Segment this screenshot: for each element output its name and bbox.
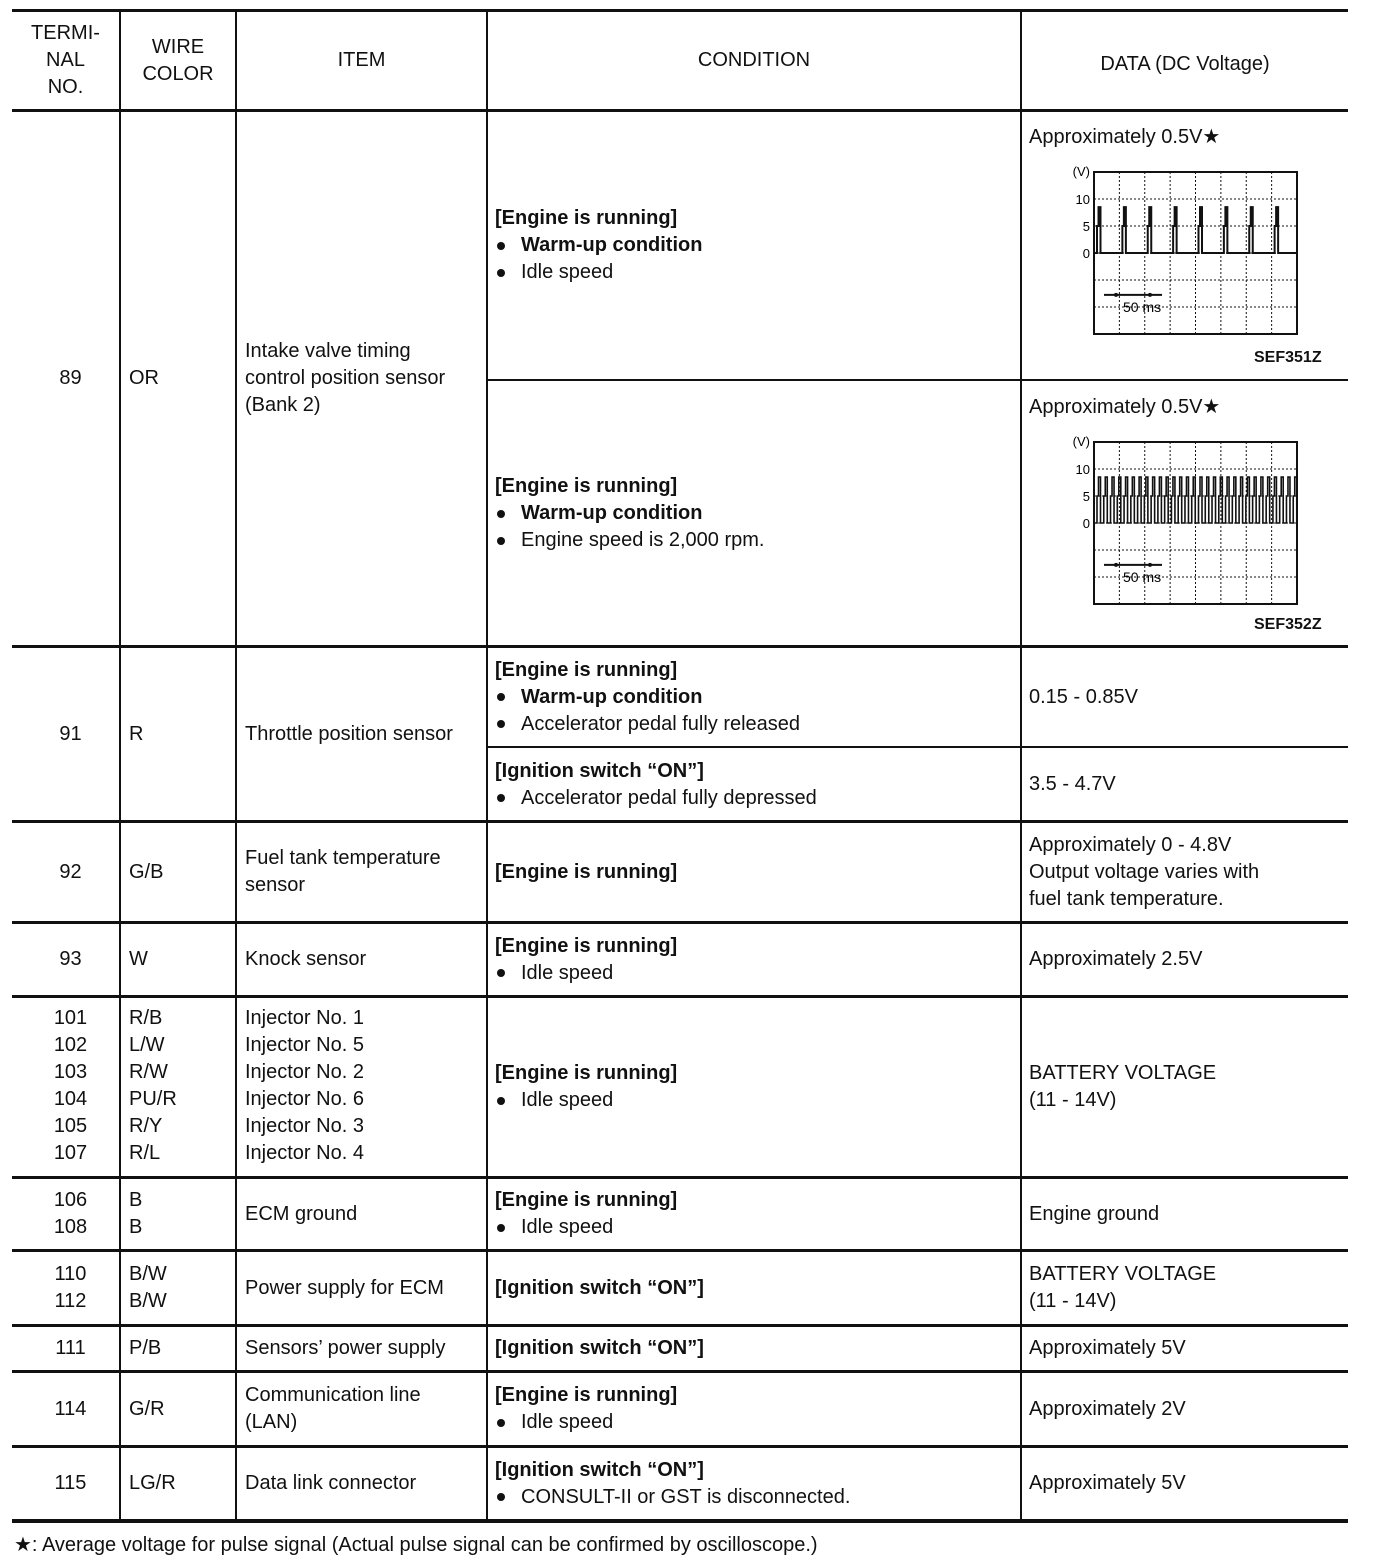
bullet-text: Idle speed: [521, 1214, 613, 1241]
data-value: 0.15 - 0.85V: [1029, 684, 1344, 711]
condition-title: [Ignition switch “ON”]: [495, 1335, 1015, 1362]
bullet-text: Idle speed: [521, 259, 613, 286]
data-89-idle: Approximately 0.5V★: [1029, 124, 1220, 149]
item-93: Knock sensor: [245, 924, 485, 995]
item-text: Throttle position sensor: [245, 721, 485, 748]
item-text: Intake valve timing: [245, 338, 485, 365]
svg-text:50 ms: 50 ms: [1123, 569, 1161, 585]
condition-91-depressed: [Ignition switch “ON”] Accelerator pedal…: [495, 749, 1015, 820]
data-89-2000rpm: Approximately 0.5V★: [1029, 394, 1220, 419]
condition-bullet: Idle speed: [495, 960, 1015, 987]
item-text: Injector No. 5: [245, 1032, 485, 1059]
row-91-sub-divider: [487, 746, 1348, 748]
bullet-text: Warm-up condition: [521, 232, 702, 259]
wire-114: G/R: [129, 1373, 229, 1445]
bullet-icon: [497, 269, 505, 277]
data-value: (11 - 14V): [1029, 1288, 1344, 1315]
wire-color: W: [129, 946, 229, 973]
header-wire-color: WIRE COLOR: [121, 12, 235, 109]
item-ecm-power: Power supply for ECM: [245, 1252, 485, 1324]
svg-text:(V): (V): [1073, 434, 1090, 449]
terminal-number: 108: [54, 1214, 87, 1241]
data-value: (11 - 14V): [1029, 1087, 1344, 1114]
condition-title: [Engine is running]: [495, 1382, 1015, 1409]
data-value: Approximately 5V: [1029, 1335, 1344, 1362]
wire-color: R/Y: [129, 1113, 229, 1140]
item-text: Sensors’ power supply: [245, 1335, 485, 1362]
condition-91-released: [Engine is running] Warm-up condition Ac…: [495, 648, 1015, 746]
data-value: Approximately 2V: [1029, 1396, 1344, 1423]
svg-text:5: 5: [1083, 489, 1090, 504]
item-ecm-ground: ECM ground: [245, 1179, 485, 1249]
item-text: Communication line: [245, 1382, 485, 1409]
terminals-injectors: 101 102 103 104 105 107: [12, 1005, 129, 1167]
terminals-ecm-power: 110 112: [12, 1252, 129, 1324]
footnote: ★: Average voltage for pulse signal (Act…: [14, 1532, 818, 1557]
data-value: Output voltage varies with: [1029, 859, 1344, 886]
terminal-number: 92: [59, 859, 81, 886]
terminal-number: 93: [59, 946, 81, 973]
wire-111: P/B: [129, 1327, 229, 1370]
item-text: sensor: [245, 872, 485, 899]
item-92: Fuel tank temperature sensor: [245, 823, 485, 921]
oscilloscope-waveform-sef351z: (V)105050 ms: [1060, 160, 1305, 340]
figure-id: SEF352Z: [1254, 616, 1322, 634]
data-value: Engine ground: [1029, 1201, 1344, 1228]
svg-text:50 ms: 50 ms: [1123, 299, 1161, 315]
header-text: CONDITION: [698, 47, 810, 74]
terminal-93: 93: [12, 924, 129, 995]
item-115: Data link connector: [245, 1448, 485, 1519]
terminal-92: 92: [12, 823, 129, 921]
bullet-text: CONSULT-II or GST is disconnected.: [521, 1484, 850, 1511]
condition-title: [Engine is running]: [495, 657, 1015, 684]
condition-bullet: Warm-up condition: [495, 232, 1015, 259]
item-text: Injector No. 6: [245, 1086, 485, 1113]
wire-color: R/W: [129, 1059, 229, 1086]
terminal-number: 110: [55, 1261, 87, 1288]
data-91-depressed: 3.5 - 4.7V: [1029, 749, 1344, 820]
bullet-icon: [497, 242, 505, 250]
condition-ecm-ground: [Engine is running] Idle speed: [495, 1179, 1015, 1249]
wire-color: L/W: [129, 1032, 229, 1059]
terminal-number: 105: [54, 1113, 87, 1140]
bullet-text: Accelerator pedal fully released: [521, 711, 800, 738]
data-111: Approximately 5V: [1029, 1327, 1344, 1370]
wire-color: B/W: [129, 1261, 229, 1288]
condition-title: [Ignition switch “ON”]: [495, 758, 1015, 785]
wire-color: R: [129, 721, 229, 748]
terminal-number: 106: [54, 1187, 87, 1214]
wire-color: PU/R: [129, 1086, 229, 1113]
condition-bullet: Warm-up condition: [495, 500, 1015, 527]
condition-bullet: Engine speed is 2,000 rpm.: [495, 527, 1015, 554]
wire-color: LG/R: [129, 1470, 229, 1497]
bullet-icon: [497, 969, 505, 977]
bullet-text: Warm-up condition: [521, 684, 702, 711]
item-91: Throttle position sensor: [245, 648, 485, 820]
data-115: Approximately 5V: [1029, 1448, 1344, 1519]
bullet-icon: [497, 537, 505, 545]
wire-color: B: [129, 1187, 229, 1214]
terminal-number: 104: [54, 1086, 87, 1113]
condition-ecm-power: [Ignition switch “ON”]: [495, 1252, 1015, 1324]
col-divider: [486, 10, 488, 1521]
condition-92: [Engine is running]: [495, 823, 1015, 921]
header-terminal-no: TERMI- NAL NO.: [12, 12, 119, 109]
header-text: DATA (DC Voltage): [1100, 51, 1269, 78]
bullet-icon: [497, 720, 505, 728]
condition-title: [Engine is running]: [495, 1187, 1015, 1214]
svg-text:10: 10: [1076, 192, 1090, 207]
wire-color: R/L: [129, 1140, 229, 1167]
terminal-number: 112: [55, 1288, 87, 1315]
col-divider: [235, 10, 237, 1521]
condition-89-2000rpm: [Engine is running] Warm-up condition En…: [495, 382, 1015, 645]
svg-text:(V): (V): [1073, 164, 1090, 179]
wire-color: G/R: [129, 1396, 229, 1423]
condition-bullet: Warm-up condition: [495, 684, 1015, 711]
data-93: Approximately 2.5V: [1029, 924, 1344, 995]
figure-id: SEF351Z: [1254, 349, 1322, 367]
wires-ecm-power: B/W B/W: [129, 1252, 229, 1324]
condition-title: [Engine is running]: [495, 933, 1015, 960]
svg-text:0: 0: [1083, 246, 1090, 261]
svg-text:10: 10: [1076, 462, 1090, 477]
condition-title: [Engine is running]: [495, 205, 1015, 232]
bullet-text: Idle speed: [521, 1409, 613, 1436]
condition-bullet: Accelerator pedal fully released: [495, 711, 1015, 738]
wire-color: G/B: [129, 859, 229, 886]
wire-89: OR: [129, 112, 229, 645]
condition-bullet: Idle speed: [495, 1409, 1015, 1436]
terminals-ecm-ground: 106 108: [12, 1179, 129, 1249]
item-text: Injector No. 2: [245, 1059, 485, 1086]
col-divider: [1020, 10, 1022, 1521]
item-89: Intake valve timing control position sen…: [245, 112, 485, 645]
header-data: DATA (DC Voltage): [1022, 16, 1348, 113]
terminal-number: 103: [54, 1059, 87, 1086]
wire-93: W: [129, 924, 229, 995]
data-value: BATTERY VOLTAGE: [1029, 1060, 1344, 1087]
bullet-text: Engine speed is 2,000 rpm.: [521, 527, 765, 554]
condition-title: [Engine is running]: [495, 1060, 1015, 1087]
terminal-115: 115: [12, 1448, 129, 1519]
header-item: ITEM: [237, 12, 486, 109]
data-ecm-ground: Engine ground: [1029, 1179, 1344, 1249]
bullet-text: Idle speed: [521, 1087, 613, 1114]
condition-114: [Engine is running] Idle speed: [495, 1373, 1015, 1445]
wire-color: P/B: [129, 1335, 229, 1362]
item-text: Fuel tank temperature: [245, 845, 485, 872]
terminal-114: 114: [12, 1373, 129, 1445]
condition-injectors: [Engine is running] Idle speed: [495, 998, 1015, 1176]
wire-color: OR: [129, 365, 229, 392]
item-text: ECM ground: [245, 1201, 485, 1228]
terminal-number: 111: [55, 1335, 85, 1362]
item-text: Injector No. 3: [245, 1113, 485, 1140]
wires-injectors: R/B L/W R/W PU/R R/Y R/L: [129, 1005, 229, 1167]
condition-bullet: Accelerator pedal fully depressed: [495, 785, 1015, 812]
header-text: COLOR: [142, 61, 213, 88]
bullet-icon: [497, 794, 505, 802]
condition-bullet: Idle speed: [495, 1087, 1015, 1114]
row-89-sub-divider: [487, 379, 1348, 381]
condition-title: [Engine is running]: [495, 859, 1015, 886]
data-value: Approximately 5V: [1029, 1470, 1344, 1497]
item-text: Power supply for ECM: [245, 1275, 485, 1302]
bullet-icon: [497, 1224, 505, 1232]
wire-92: G/B: [129, 823, 229, 921]
data-92: Approximately 0 - 4.8V Output voltage va…: [1029, 823, 1344, 921]
condition-111: [Ignition switch “ON”]: [495, 1327, 1015, 1370]
header-text: NO.: [48, 74, 84, 101]
wire-115: LG/R: [129, 1448, 229, 1519]
item-111: Sensors’ power supply: [245, 1327, 485, 1370]
condition-title: [Engine is running]: [495, 473, 1015, 500]
wire-color: B: [129, 1214, 229, 1241]
terminal-number: 114: [55, 1396, 87, 1423]
bullet-icon: [497, 693, 505, 701]
terminal-number: 89: [59, 365, 81, 392]
item-text: (Bank 2): [245, 392, 485, 419]
data-injectors: BATTERY VOLTAGE (11 - 14V): [1029, 998, 1344, 1176]
data-value: fuel tank temperature.: [1029, 886, 1344, 913]
terminal-91: 91: [12, 648, 129, 820]
item-text: Knock sensor: [245, 946, 485, 973]
condition-bullet: CONSULT-II or GST is disconnected.: [495, 1484, 1015, 1511]
condition-title: [Ignition switch “ON”]: [495, 1275, 1015, 1302]
item-text: Data link connector: [245, 1470, 485, 1497]
condition-115: [Ignition switch “ON”] CONSULT-II or GST…: [495, 1448, 1015, 1519]
data-value: 3.5 - 4.7V: [1029, 771, 1344, 798]
bullet-text: Idle speed: [521, 960, 613, 987]
data-value: BATTERY VOLTAGE: [1029, 1261, 1344, 1288]
item-text: control position sensor: [245, 365, 485, 392]
terminal-number: 91: [59, 721, 81, 748]
terminal-number: 102: [54, 1032, 87, 1059]
table-bottom-rule: [12, 1519, 1348, 1523]
data-ecm-power: BATTERY VOLTAGE (11 - 14V): [1029, 1252, 1344, 1324]
item-text: Injector No. 4: [245, 1140, 485, 1167]
svg-text:0: 0: [1083, 516, 1090, 531]
terminal-number: 115: [55, 1470, 87, 1497]
svg-text:5: 5: [1083, 219, 1090, 234]
data-114: Approximately 2V: [1029, 1373, 1344, 1445]
item-114: Communication line (LAN): [245, 1373, 485, 1445]
wire-color: B/W: [129, 1288, 229, 1315]
terminal-number: 107: [54, 1140, 87, 1167]
header-text: WIRE: [152, 34, 204, 61]
header-text: TERMI-: [31, 20, 100, 47]
condition-89-idle: [Engine is running] Warm-up condition Id…: [495, 112, 1015, 379]
terminal-111: 111: [12, 1327, 129, 1370]
bullet-icon: [497, 510, 505, 518]
bullet-icon: [497, 1493, 505, 1501]
data-value: Approximately 2.5V: [1029, 946, 1344, 973]
header-text: ITEM: [338, 47, 386, 74]
header-text: NAL: [46, 47, 85, 74]
items-injectors: Injector No. 1 Injector No. 5 Injector N…: [245, 1005, 485, 1167]
bullet-icon: [497, 1097, 505, 1105]
oscilloscope-waveform-sef352z: (V)105050 ms: [1060, 430, 1305, 610]
wire-91: R: [129, 648, 229, 820]
condition-bullet: Idle speed: [495, 1214, 1015, 1241]
condition-title: [Ignition switch “ON”]: [495, 1457, 1015, 1484]
data-91-released: 0.15 - 0.85V: [1029, 648, 1344, 746]
data-value: Approximately 0 - 4.8V: [1029, 832, 1344, 859]
header-condition: CONDITION: [488, 12, 1020, 109]
terminal-89: 89: [12, 112, 129, 645]
bullet-text: Accelerator pedal fully depressed: [521, 785, 817, 812]
bullet-text: Warm-up condition: [521, 500, 702, 527]
condition-bullet: Idle speed: [495, 259, 1015, 286]
condition-93: [Engine is running] Idle speed: [495, 924, 1015, 995]
bullet-icon: [497, 1419, 505, 1427]
wires-ecm-ground: B B: [129, 1179, 229, 1249]
wire-color: R/B: [129, 1005, 229, 1032]
terminal-number: 101: [54, 1005, 87, 1032]
item-text: (LAN): [245, 1409, 485, 1436]
item-text: Injector No. 1: [245, 1005, 485, 1032]
